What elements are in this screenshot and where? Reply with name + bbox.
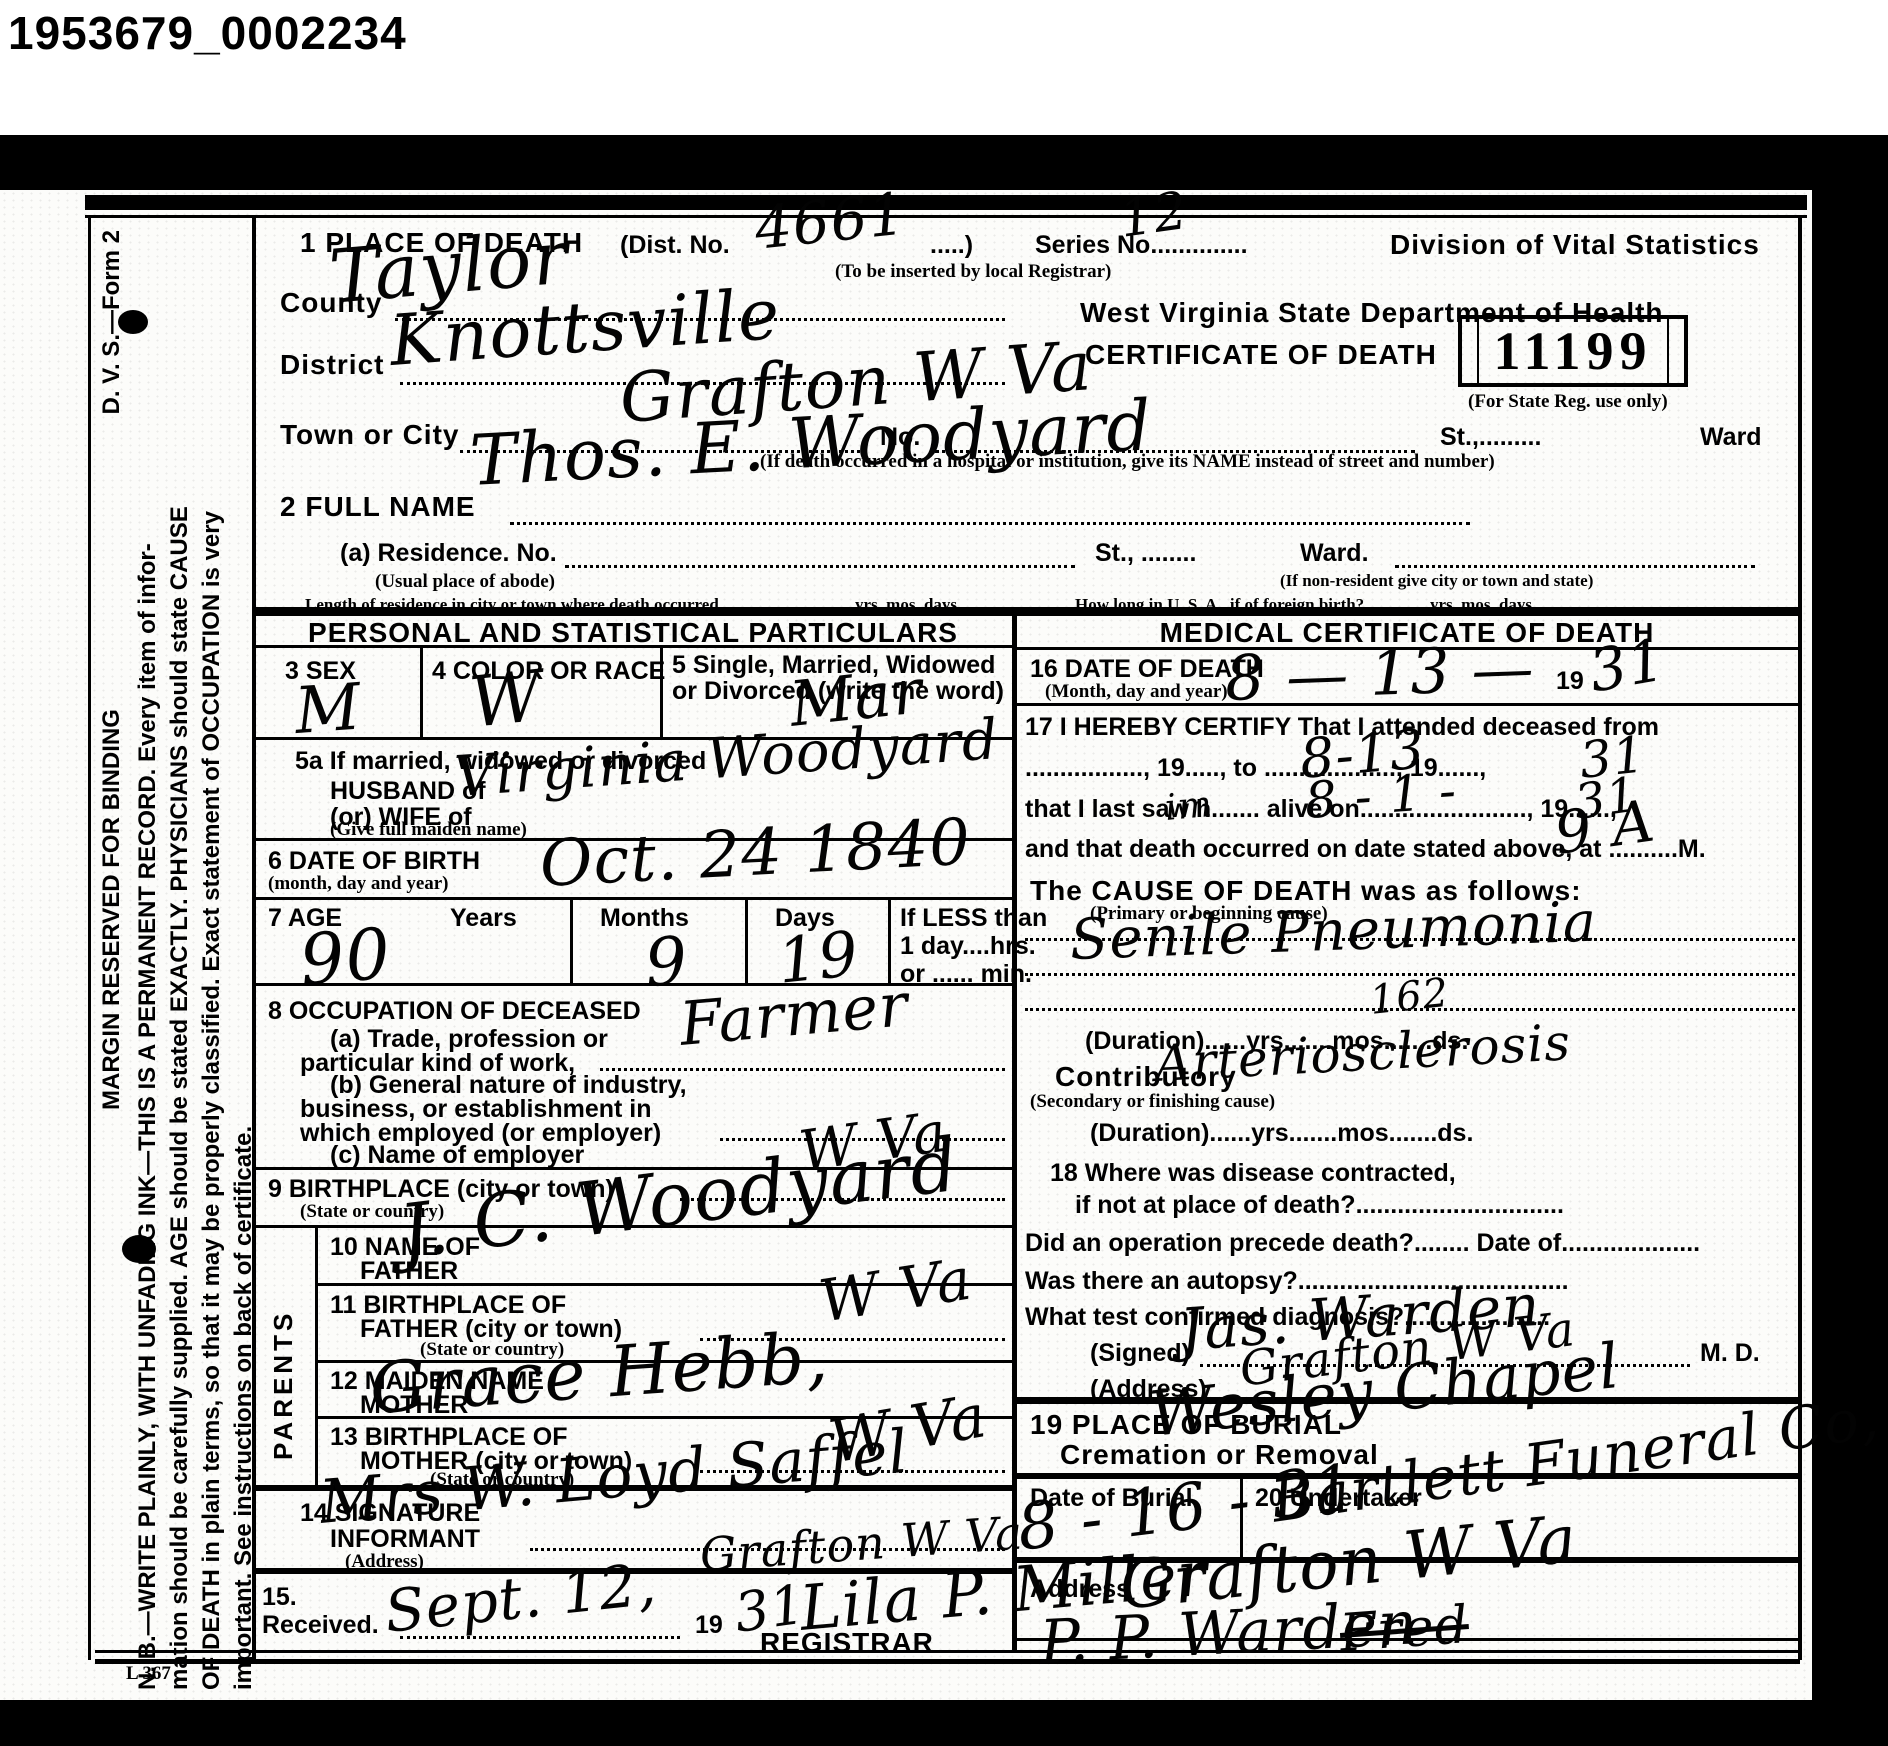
received-label: Received. [262,1612,379,1638]
age-less-label-1: If LESS than [900,905,1047,931]
cause-leader-3 [1025,1008,1795,1011]
item-15-number: 15. [262,1584,297,1610]
md-label: M. D. [1700,1340,1760,1366]
occupation-c-label: (c) Name of employer [330,1142,584,1168]
scan-id-label: 1953679_0002234 [8,6,407,60]
nonresident-note: (If non-resident give city or town and s… [1280,572,1593,590]
row6-underline [253,897,1012,900]
parents-divider [315,1225,318,1485]
personal-section-title: PERSONAL AND STATISTICAL PARTICULARS [253,618,1013,647]
dob-note: (month, day and year) [268,874,449,894]
last-saw-him-scribble: im [1163,784,1214,829]
scan-black-bar-bottom [0,1700,1888,1746]
margin-nb-line-1: N. B.—WRITE PLAINLY, WITH UNFADING INK—T… [134,230,162,1690]
date-of-death-year-value: 31 [1584,625,1670,705]
age-less-label-2: 1 day....hrs. [900,933,1036,959]
form-code: L 367 [126,1664,171,1684]
scan-black-bar-top [0,135,1888,190]
bottom-line-2 [95,1659,1800,1664]
division-label: Division of Vital Statistics [1390,230,1760,259]
maiden-name-note: (Give full maiden name) [330,820,527,840]
margin-binding-line: MARGIN RESERVED FOR BINDING D. V. S.—For… [98,230,126,1110]
last-alive-date: 8 - 1 - [1303,761,1459,829]
top-grunge-border [85,195,1807,210]
age-years-value: 90 [296,912,394,1002]
district-number-open: (Dist. No. [620,232,730,258]
margin-nb-line-3: OF DEATH in plain terms, so that it may … [198,210,226,1690]
age-divider-2 [745,897,748,983]
age-divider-1 [570,897,573,983]
color-cell-divider [660,645,663,737]
row16-underline [1017,703,1800,706]
residence-leader [565,565,1075,568]
left-outer-border [88,215,91,1660]
signed-label: (Signed) [1090,1340,1190,1366]
certificate-title: CERTIFICATE OF DEATH [1085,340,1437,369]
district-label: District [280,350,384,379]
town-st-label: St.,......... [1440,424,1541,450]
ink-blot-bottom [122,1235,156,1263]
bottom-line-1 [95,1650,1800,1653]
date-of-death-year-print: 19 [1556,668,1584,694]
registrar-label: REGISTRAR [760,1628,934,1657]
insert-note: (To be inserted by local Registrar) [835,262,1111,282]
duration-label-2: (Duration)......yrs.......mos.......ds. [1090,1120,1473,1146]
cause-code-value: 162 [1368,970,1452,1024]
date-of-death-note: (Month, day and year) [1045,682,1228,702]
residence-ward-leader [1395,565,1755,568]
dob-label: 6 DATE OF BIRTH [268,848,480,874]
death-certificate-scan: { "scan": { "id": "1953679_0002234", "fo… [0,0,1888,1746]
age-divider-3 [888,897,891,983]
contributory-note: (Secondary or finishing cause) [1030,1092,1275,1112]
operation-label: Did an operation precede death?........ … [1025,1230,1700,1256]
age-years-label: Years [450,905,517,931]
full-name-label: 2 FULL NAME [280,492,476,521]
certificate-number-box: 11199 [1458,315,1688,387]
margin-nb-line-2: mation should be carefully supplied. AGE… [166,220,194,1690]
section-divider-bar [253,607,1800,616]
residence-st-label: St., ........ [1095,540,1196,566]
residence-ward-label: Ward. [1300,540,1369,566]
sex-cell-divider [420,645,423,737]
margin-nb-line-4: important. See instructions on back of c… [230,870,258,1690]
top-border-line [85,215,1807,218]
certificate-number: 11199 [1477,316,1668,386]
personal-title-underline [253,645,1012,648]
residence-label: (a) Residence. No. [340,540,557,566]
margin-binding-text: MARGIN RESERVED FOR BINDING [98,709,126,1110]
state-reg-note: (For State Reg. use only) [1468,392,1668,412]
time-of-death-value: 9 A [1550,786,1659,867]
q18-label-2: if not at place of death?...............… [1075,1192,1564,1218]
series-number-value: 12 [1116,181,1192,250]
undertaker-address-label: Address [1030,1576,1130,1602]
district-number-close: .....) [930,232,973,258]
town-ward-label: Ward [1700,424,1762,450]
full-name-leader [510,522,1470,525]
occupation-label: 8 OCCUPATION OF DECEASED [268,998,641,1024]
parents-label: PARENTS [268,1310,299,1460]
q18-label-1: 18 Where was disease contracted, [1050,1160,1456,1186]
abode-note: (Usual place of abode) [375,572,555,592]
town-label: Town or City [280,420,459,449]
struck-word: Fred [1338,1595,1471,1664]
ink-blot-top [118,310,148,334]
color-value: W [466,655,547,744]
scan-black-bar-right [1812,135,1888,1746]
received-year-print: 19 [695,1612,723,1638]
